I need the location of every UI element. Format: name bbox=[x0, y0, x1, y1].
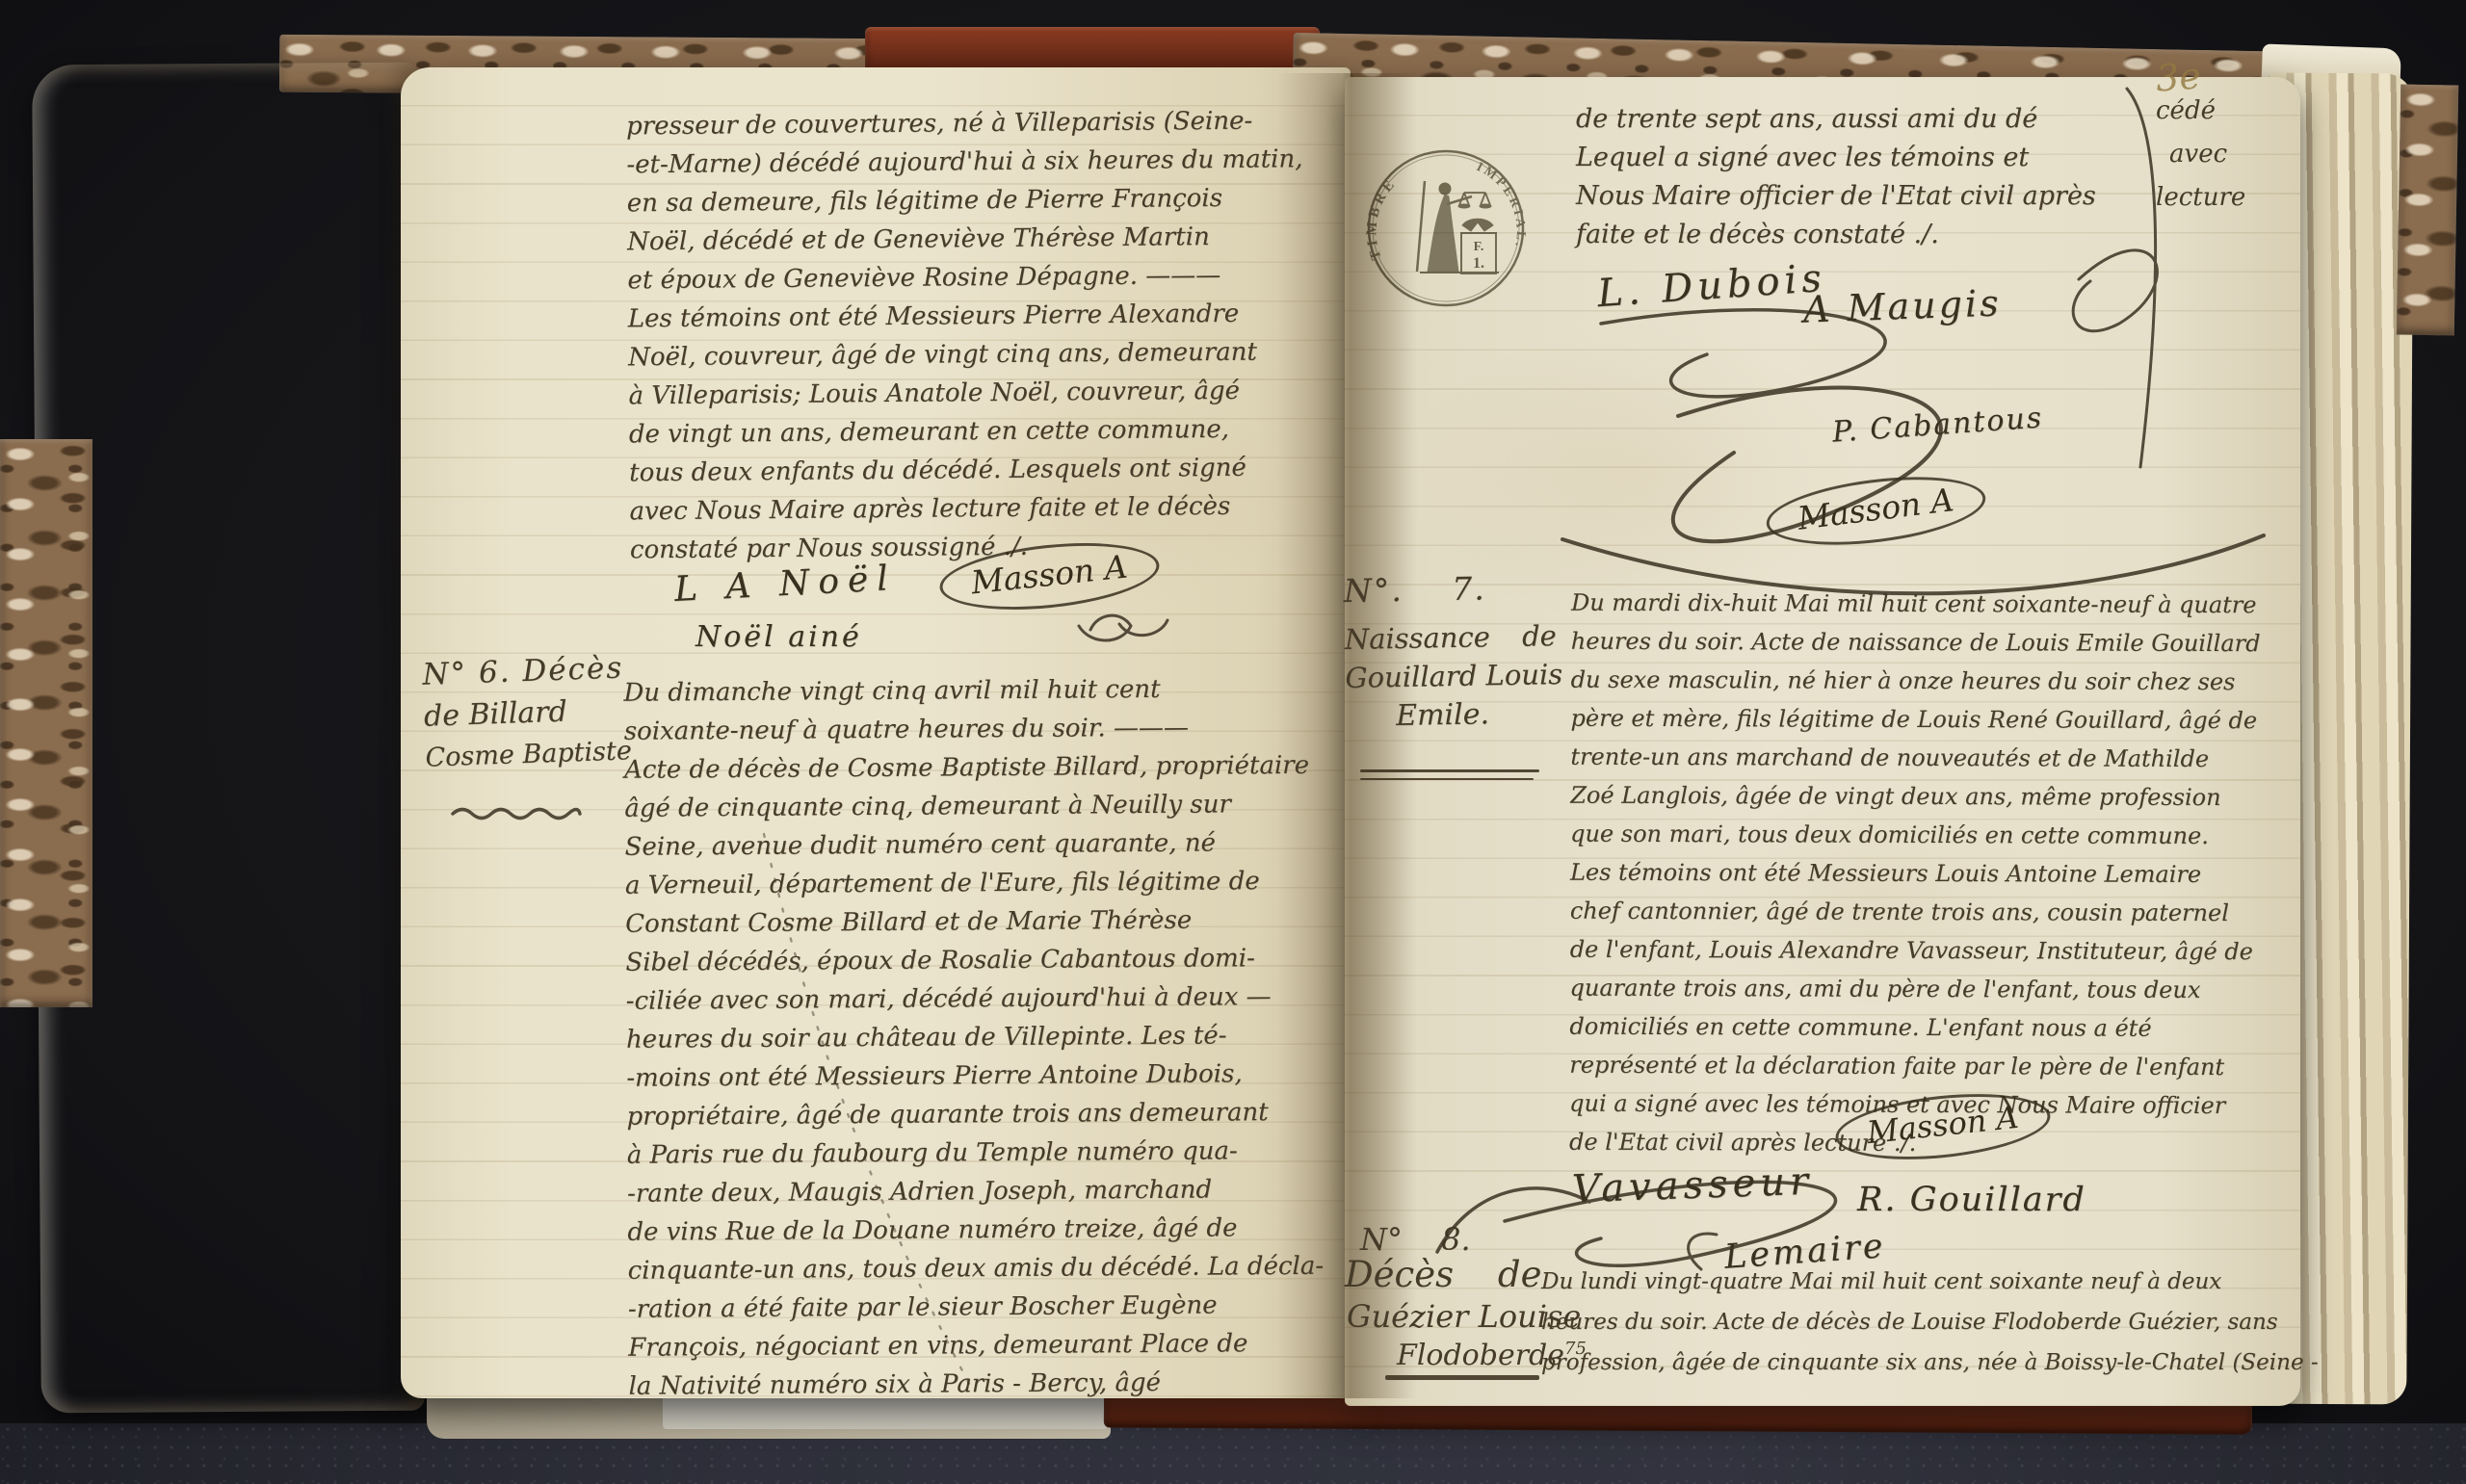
manuscript-line: à Villeparisis; Louis Anatole Noël, couv… bbox=[628, 371, 1370, 416]
entry6-fragment-lecture: lecture bbox=[2156, 183, 2245, 212]
entry7-act-text: Du mardi dix-huit Mai mil huit cent soix… bbox=[1569, 584, 2289, 1164]
manuscript-line: -et-Marne) décédé aujourd'hui à six heur… bbox=[626, 140, 1368, 185]
manuscript-line: propriétaire, âgé de quarante trois ans … bbox=[626, 1092, 1397, 1136]
imperial-timbre-stamp: TIMBRE IMPERIAL. F. 1. bbox=[1364, 146, 1528, 310]
manuscript-line: de l'enfant, Louis Alexandre Vavasseur, … bbox=[1570, 930, 2288, 972]
manuscript-line: avec Nous Maire après lecture faite et l… bbox=[629, 486, 1371, 532]
entry6-fragment-cede: cédé bbox=[2156, 96, 2216, 125]
manuscript-line: de trente sept ans, aussi ami du dé bbox=[1576, 100, 2173, 139]
manuscript-line: -ration a été faite par le sieur Boscher… bbox=[628, 1285, 1399, 1329]
manuscript-line: que son mari, tous deux domiciliés en ce… bbox=[1570, 815, 2288, 856]
entry7-margin-note: N°. 7.Naissance deGouillard LouisEmile. bbox=[1344, 568, 1564, 734]
entry8-margin-underline bbox=[1385, 1375, 1539, 1380]
manuscript-line: de vingt un ans, demeurant en cette comm… bbox=[629, 409, 1371, 455]
manuscript-line: Constant Cosme Billard et de Marie Thérè… bbox=[625, 899, 1396, 944]
stamp-value-f: F. bbox=[1474, 240, 1484, 254]
manuscript-line: du sexe masculin, né hier à onze heures … bbox=[1571, 661, 2289, 702]
manuscript-line: Emile. bbox=[1396, 696, 1563, 733]
manuscript-line: Zoé Langlois, âgée de vingt deux ans, mê… bbox=[1570, 776, 2288, 818]
eagle-icon bbox=[1462, 219, 1493, 231]
manuscript-line: Du mardi dix-huit Mai mil huit cent soix… bbox=[1571, 584, 2289, 625]
manuscript-line: et époux de Geneviève Rosine Dépagne. ——… bbox=[627, 255, 1369, 300]
manuscript-line: la Nativité numéro six à Paris - Bercy, … bbox=[628, 1362, 1399, 1406]
manuscript-line: Acte de décès de Cosme Baptiste Billard,… bbox=[624, 745, 1395, 790]
manuscript-line: Noël, couvreur, âgé de vingt cinq ans, d… bbox=[628, 332, 1370, 378]
manuscript-line: François, négociant en vins, demeurant P… bbox=[628, 1323, 1399, 1367]
manuscript-line: -moins ont été Messieurs Pierre Antoine … bbox=[626, 1054, 1397, 1098]
manuscript-line: de Billard bbox=[423, 689, 631, 737]
manuscript-line: Du lundi vingt-quatre Mai mil huit cent … bbox=[1541, 1262, 2293, 1302]
manuscript-line: Noël, décédé et de Geneviève Thérèse Mar… bbox=[627, 217, 1369, 262]
stamp-text-left: TIMBRE bbox=[1364, 175, 1400, 262]
signature-gouillard: R. Gouillard bbox=[1857, 1181, 2086, 1219]
entry6-continuation-text: de trente sept ans, aussi ami du déLeque… bbox=[1576, 100, 2173, 254]
manuscript-line: Les témoins ont été Messieurs Pierre Ale… bbox=[628, 294, 1370, 339]
entry8-margin-number: N° 8. bbox=[1360, 1221, 1471, 1258]
manuscript-line: N°. 7. bbox=[1344, 568, 1561, 610]
manuscript-line: heures du soir. Acte de décès de Louise … bbox=[1541, 1302, 2293, 1342]
entry8-act-text: Du lundi vingt-quatre Mai mil huit cent … bbox=[1541, 1262, 2293, 1383]
manuscript-line: représenté et la déclaration faite par l… bbox=[1569, 1046, 2287, 1087]
manuscript-line: quarante trois ans, ami du père de l'enf… bbox=[1570, 969, 2288, 1010]
entry6-margin-note: N° 6. Décèsde BillardCosme Baptiste bbox=[422, 647, 633, 778]
signature-vavasseur: Vavasseur bbox=[1571, 1159, 1814, 1212]
stamp-value-1: 1. bbox=[1473, 255, 1484, 272]
justice-figure bbox=[1417, 181, 1499, 273]
entry6-fragment-avec: avec bbox=[2169, 140, 2227, 169]
manuscript-line: -ciliée avec son mari, décédé aujourd'hu… bbox=[626, 976, 1397, 1021]
manuscript-line: soixante-neuf à quatre heures du soir. —… bbox=[624, 707, 1395, 751]
manuscript-line: heures du soir au château de Villepinte.… bbox=[626, 1015, 1397, 1059]
stamp-engraving: TIMBRE IMPERIAL. F. 1. bbox=[1364, 146, 1528, 310]
folio-number: 3e bbox=[2155, 54, 2203, 99]
svg-text:TIMBRE: TIMBRE bbox=[1364, 175, 1400, 262]
signature-maugis: A Maugis bbox=[1802, 281, 2002, 330]
manuscript-line: de vins Rue de la Douane numéro treize, … bbox=[627, 1208, 1398, 1252]
entry7-margin-rule-top bbox=[1360, 769, 1539, 772]
manuscript-line: Gouillard Louis bbox=[1345, 658, 1562, 694]
manuscript-line: Nous Maire officier de l'Etat civil aprè… bbox=[1576, 177, 2173, 216]
entry8-margin-flodoberde: Flodoberde bbox=[1397, 1339, 1564, 1372]
manuscript-line: Les témoins ont été Messieurs Louis Anto… bbox=[1570, 853, 2288, 895]
marbled-cover-left bbox=[0, 439, 92, 1007]
photographed-register-scene: TIMBRE IMPERIAL. F. 1. 3e presseur bbox=[0, 0, 2466, 1484]
marbled-cover-right bbox=[2397, 84, 2459, 335]
manuscript-line: Naissance de bbox=[1344, 619, 1561, 656]
manuscript-line: Du dimanche vingt cinq avril mil huit ce… bbox=[623, 668, 1394, 713]
manuscript-line: profession, âgée de cinquante six ans, n… bbox=[1541, 1342, 2293, 1383]
manuscript-line: à Paris rue du faubourg du Temple numéro… bbox=[627, 1131, 1398, 1175]
entry8-margin-type: Décès de bbox=[1345, 1254, 1542, 1295]
manuscript-line: tous deux enfants du décédé. Lesquels on… bbox=[629, 448, 1371, 493]
manuscript-line: âgé de cinquante cinq, demeurant à Neuil… bbox=[624, 784, 1395, 828]
manuscript-line: père et mère, fils légitime de Louis Ren… bbox=[1570, 699, 2288, 741]
manuscript-line: domiciliés en cette commune. L'enfant no… bbox=[1569, 1007, 2287, 1049]
manuscript-line: presseur de couvertures, né à Villeparis… bbox=[626, 101, 1368, 146]
manuscript-line: heures du soir. Acte de naissance de Lou… bbox=[1571, 622, 2289, 664]
manuscript-line: Cosme Baptiste bbox=[425, 730, 633, 778]
manuscript-line: Seine, avenue dudit numéro cent quarante… bbox=[624, 822, 1395, 867]
entry7-margin-rule-bottom bbox=[1360, 778, 1534, 780]
manuscript-line: a Verneuil, département de l'Eure, fils … bbox=[625, 861, 1396, 905]
entry6-act-text: Du dimanche vingt cinq avril mil huit ce… bbox=[623, 668, 1399, 1406]
manuscript-line: Lequel a signé avec les témoins et bbox=[1576, 139, 2173, 177]
manuscript-line: -rante deux, Maugis Adrien Joseph, march… bbox=[627, 1169, 1398, 1213]
signature-noel-aine: Noël ainé bbox=[695, 620, 862, 654]
manuscript-line: en sa demeure, fils légitime de Pierre F… bbox=[627, 178, 1369, 223]
manuscript-line: Sibel décédés, époux de Rosalie Cabantou… bbox=[625, 938, 1396, 982]
manuscript-line: N° 6. Décès bbox=[422, 647, 630, 695]
manuscript-line: cinquante-un ans, tous deux amis du décé… bbox=[628, 1246, 1399, 1290]
manuscript-line: trente-un ans marchand de nouveautés et … bbox=[1570, 738, 2288, 779]
left-page-previous-entry-text: presseur de couvertures, né à Villeparis… bbox=[626, 101, 1372, 570]
manuscript-line: chef cantonnier, âgé de trente trois ans… bbox=[1570, 892, 2288, 933]
manuscript-line: faite et le décès constaté ./. bbox=[1576, 216, 2173, 254]
